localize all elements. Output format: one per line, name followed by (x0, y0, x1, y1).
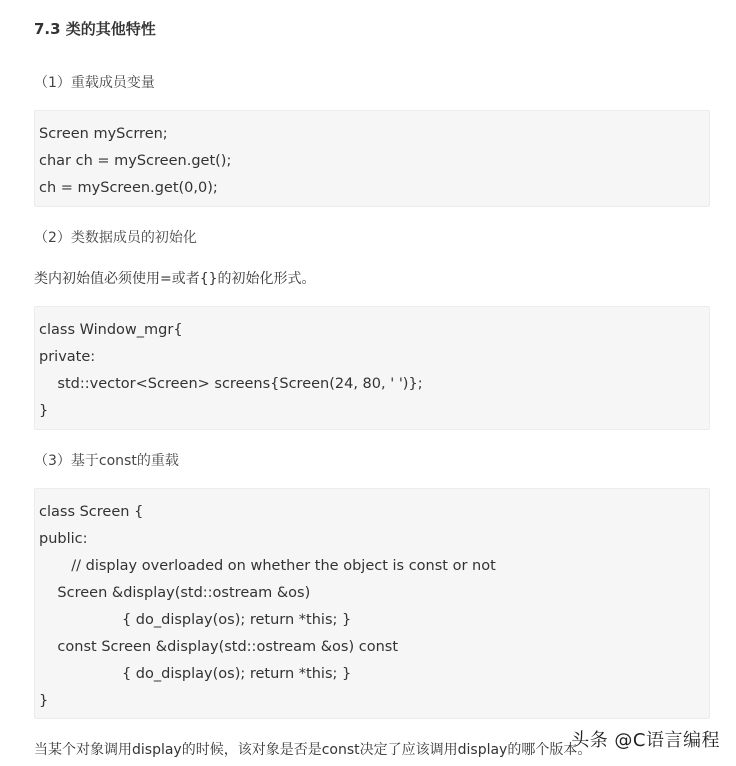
code-line: { do_display(os); return *this; } (39, 661, 705, 688)
code-line: Screen myScrren; (39, 121, 705, 148)
code-line: const Screen &display(std::ostream &os) … (39, 634, 705, 661)
part-3-heading: （3）基于const的重载 (34, 450, 179, 470)
watermark: 头条 @C语言编程 (571, 726, 720, 752)
part-2-paragraph: 类内初始值必须使用=或者{}的初始化形式。 (34, 268, 316, 288)
code-line: class Screen { (39, 499, 705, 526)
code-line: public: (39, 526, 705, 553)
code-block-2: class Window_mgr{ private: std::vector<S… (34, 306, 710, 430)
code-line: } (39, 398, 705, 425)
part-1-heading: （1）重载成员变量 (34, 72, 155, 92)
code-line: private: (39, 344, 705, 371)
part-3-paragraph: 当某个对象调用display的时候，该对象是否是const决定了应该调用disp… (34, 739, 591, 759)
section-title: 7.3 类的其他特性 (34, 18, 156, 39)
code-line: ch = myScreen.get(0,0); (39, 175, 705, 202)
part-2-heading: （2）类数据成员的初始化 (34, 227, 197, 247)
code-line: char ch = myScreen.get(); (39, 148, 705, 175)
code-block-3: class Screen { public: // display overlo… (34, 488, 710, 719)
code-line: std::vector<Screen> screens{Screen(24, 8… (39, 371, 705, 398)
code-line: Screen &display(std::ostream &os) (39, 580, 705, 607)
code-line: { do_display(os); return *this; } (39, 607, 705, 634)
code-line: // display overloaded on whether the obj… (39, 553, 705, 580)
code-line: class Window_mgr{ (39, 317, 705, 344)
code-block-1: Screen myScrren; char ch = myScreen.get(… (34, 110, 710, 207)
code-line: } (39, 688, 705, 715)
